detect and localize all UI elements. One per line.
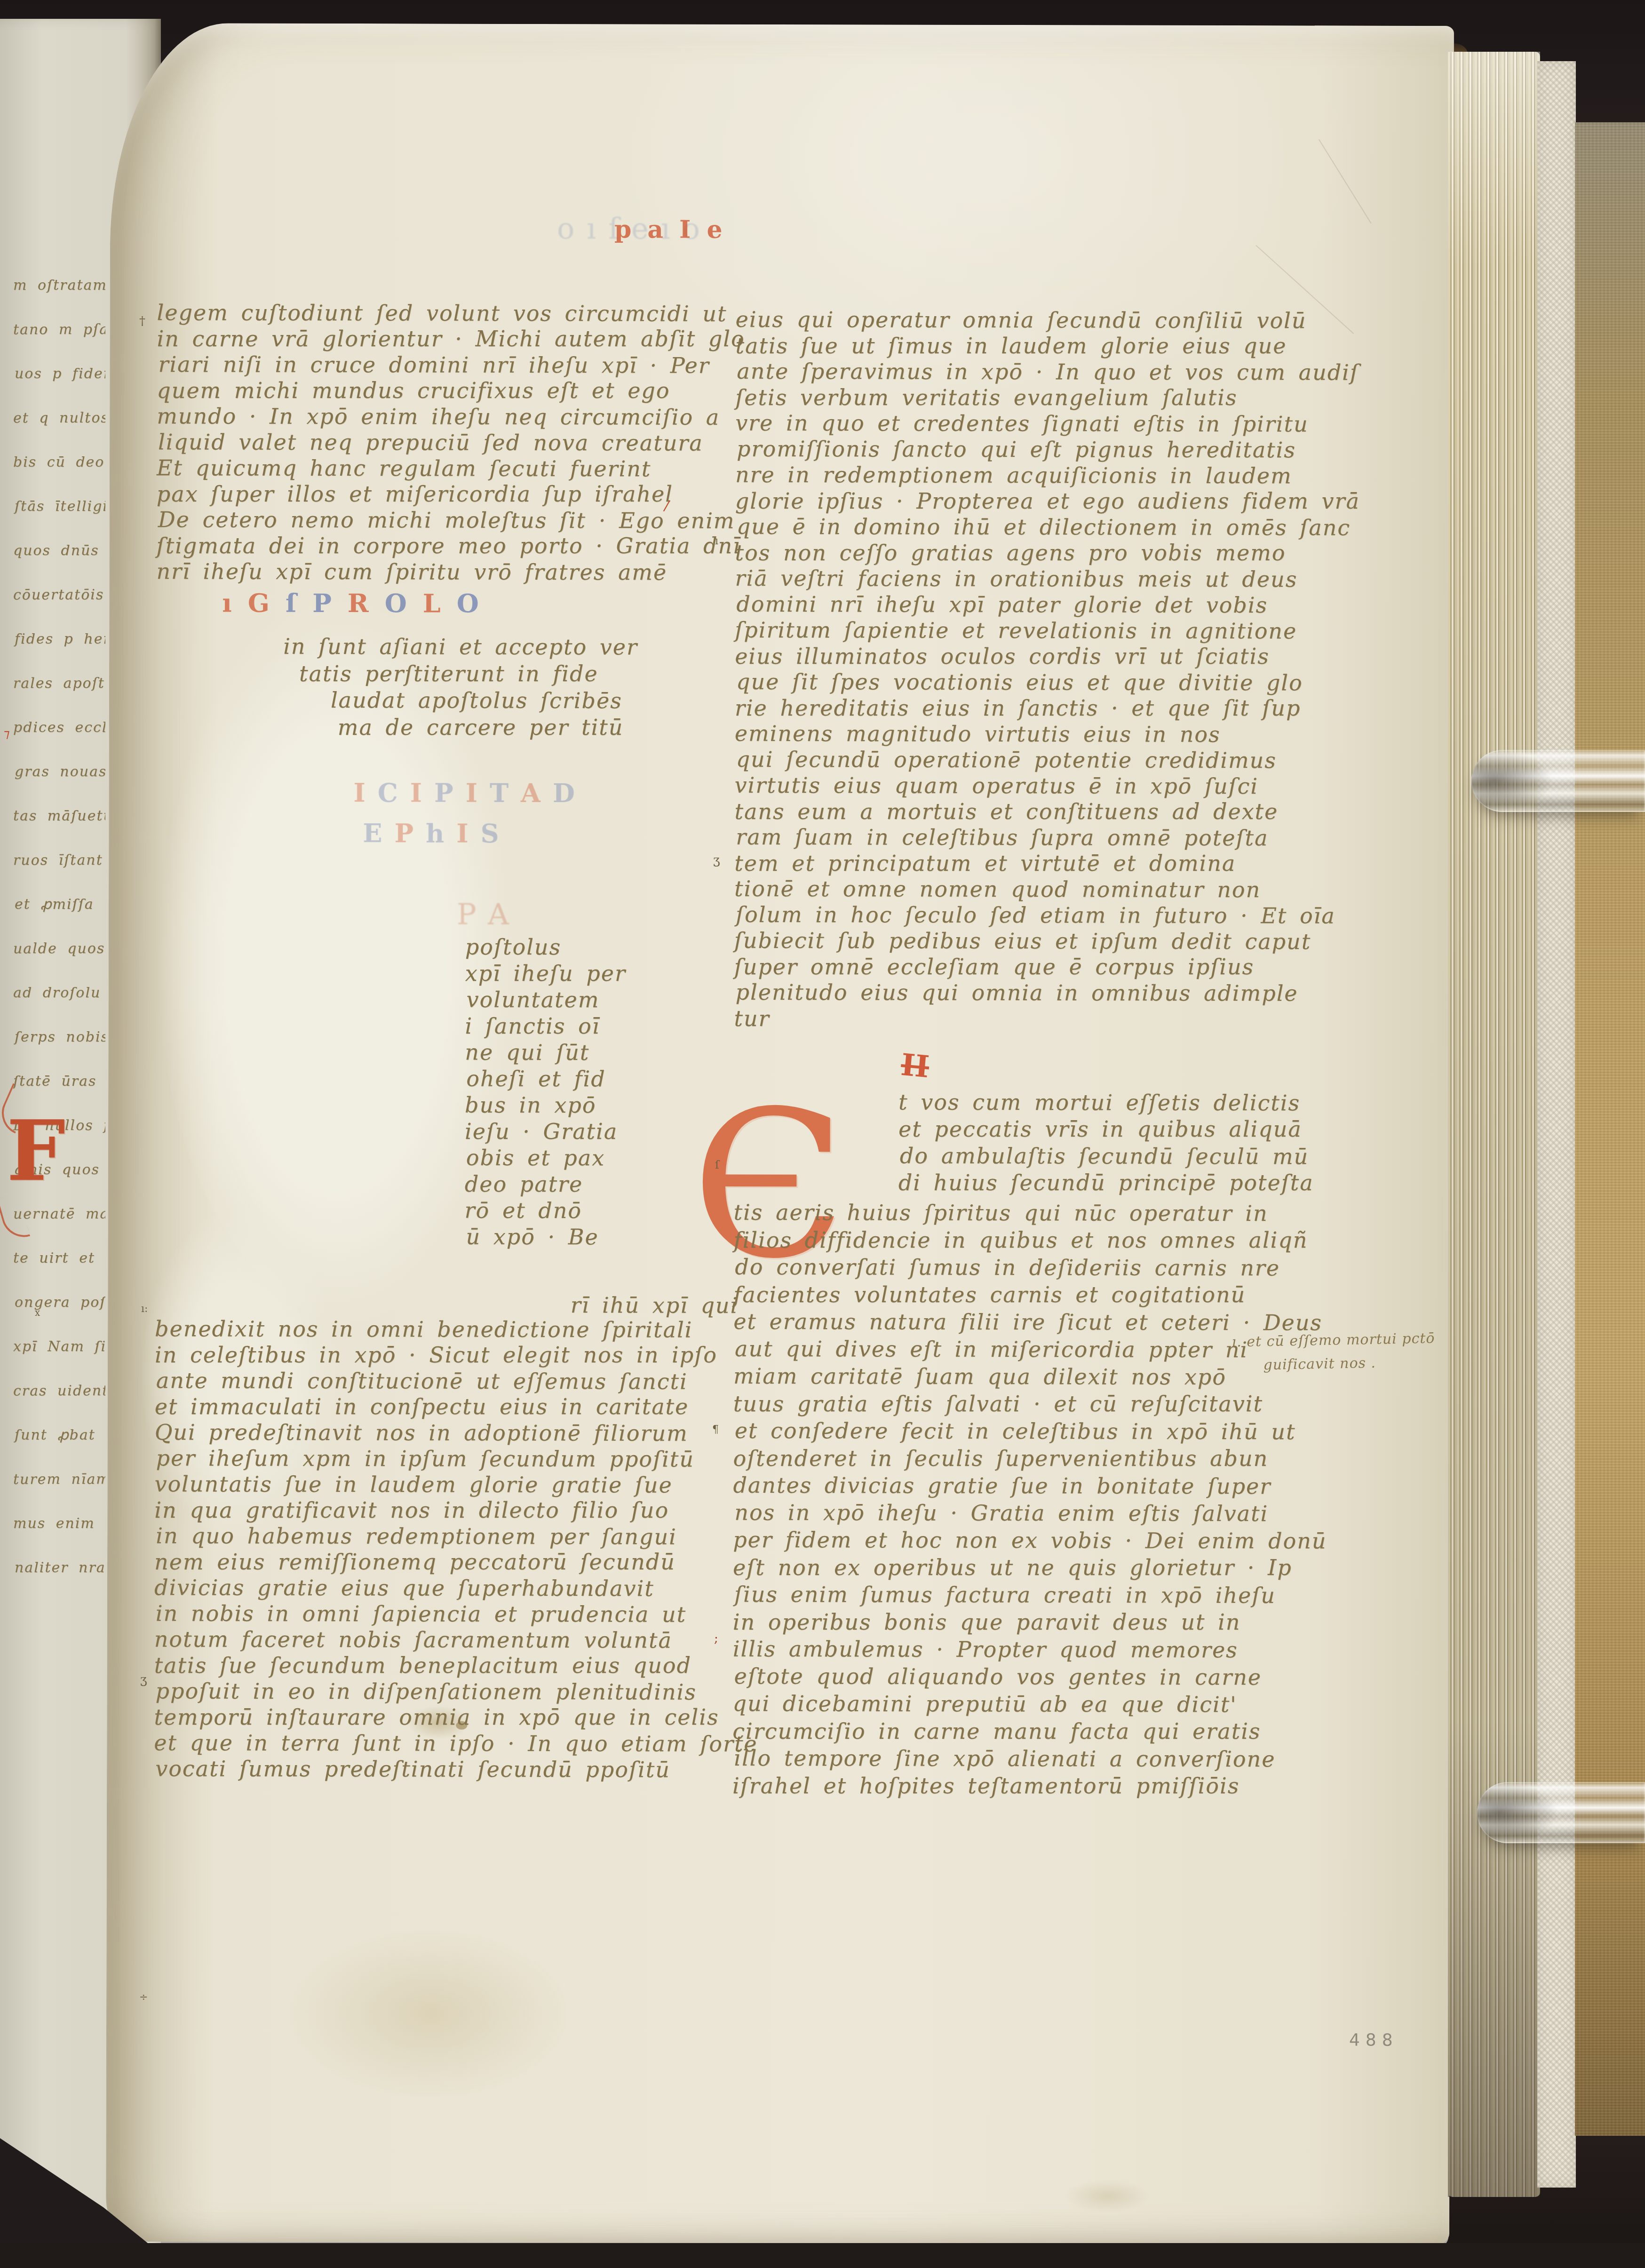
cradle-textile-band: [1537, 61, 1576, 2188]
rubric-letter: I: [410, 772, 422, 813]
rubric-letter: a: [647, 215, 663, 244]
strip-fragment: m oſtratam: [13, 263, 105, 308]
text-line: et immaculati in conſpectu eius in carit…: [155, 1394, 686, 1420]
text-line: tem et principatum et virtutē et domina: [734, 851, 1294, 876]
text-line: mundo · In xpō enim iheſu neq circumciſi…: [157, 403, 688, 430]
text-line: ſetis verbum veritatis evangelium ſaluti…: [735, 385, 1295, 411]
text-line: laudat apoſtolus ſcribēs: [331, 687, 689, 715]
strip-fragment: quos dnūs: [13, 529, 105, 573]
strip-fragment: ruos īſtant: [13, 838, 105, 883]
margin-mark: x: [35, 1307, 40, 1318]
text-line: temporū inſtaurare omnia in xpō que in c…: [154, 1704, 685, 1730]
text-line: tur: [734, 1006, 1294, 1032]
previous-folio-text: m oſtratamtano m pſaluos p fidemet q nul…: [13, 263, 105, 1590]
rubric-letter: e: [707, 215, 722, 244]
margin-mark: ı: [715, 535, 718, 547]
text-line: filios diffidencie in quibus et nos omne…: [734, 1226, 1294, 1254]
text-line: ram ſuam in celeſtibus ſupra omnē poteſt…: [736, 824, 1295, 851]
margin-mark: ¶: [712, 1424, 719, 1435]
chapter-numeral-II: II: [899, 1047, 930, 1085]
text-line: voluntatem: [467, 987, 636, 1013]
text-line: ma de carcere per titū: [338, 714, 688, 741]
text-line: nrī iheſu xpī cum ſpiritu vrō fratres am…: [156, 558, 688, 585]
text-line: Qui predeſtinavit nos in adoptionē filio…: [155, 1419, 686, 1446]
faded-rubric-line1: ICIPITAD: [353, 772, 587, 814]
left-column-ephesians-opening: poſtolusxpī iheſu pervoluntatemi ſanctis…: [464, 934, 634, 1250]
text-line: in carne vrā glorientur · Michi autem ab…: [157, 326, 689, 352]
strip-fragment: ſunt ꝓbat: [15, 1413, 105, 1457]
strip-fragment: pdices eccl: [13, 706, 105, 750]
text-line: in celeſtibus in xpō · Sicut elegit nos …: [155, 1342, 686, 1368]
strip-fragment: cras uident: [13, 1369, 105, 1413]
text-line: que ē in domino ihū et dilectionem in om…: [737, 514, 1296, 541]
text-line: per iheſum xpm in ipſum ſecundum ppoſitū: [156, 1445, 687, 1472]
text-line: tuus gratia eſtis ſalvati · et cū reſuſc…: [733, 1390, 1293, 1417]
margin-mark: †: [139, 314, 145, 328]
text-line: in operibus bonis que paravit deus ut in: [733, 1608, 1293, 1636]
rubric-letter: ſ: [286, 588, 300, 618]
rubric-letter: R: [348, 588, 373, 618]
rubric-letter: P: [312, 588, 335, 618]
text-line: qui dicebamini preputiū ab ea que dicit': [732, 1690, 1292, 1718]
text-line: vre in quo et credentes ſignati eſtis in…: [735, 410, 1295, 437]
text-line: facientes voluntates carnis et cogitatio…: [733, 1281, 1293, 1308]
text-line: tos non ceſſo gratias agens pro vobis me…: [735, 540, 1295, 566]
rubric-letter: G: [248, 588, 273, 618]
acrylic-page-weight-rod: [1477, 1782, 1645, 1843]
text-line: dantes divicias gratie ſue in bonitate ſ…: [733, 1472, 1293, 1500]
margin-mark: ;: [714, 1631, 718, 1646]
text-line: ſolum in hoc ſeculo ſed etiam in futuro …: [736, 902, 1295, 929]
strip-fragment: ongera poſtat: [15, 1281, 105, 1325]
text-line: ſius enim ſumus factura creati in xpō ih…: [734, 1581, 1294, 1609]
strip-fragment: cōuertatōis: [13, 573, 105, 617]
crease-line: [1319, 139, 1372, 223]
text-line: et peccatis vrīs in quibus aliquā: [898, 1116, 1294, 1143]
strip-fragment: et q nultos: [13, 396, 105, 440]
margin-mark: ⁊: [4, 727, 10, 741]
text-line: nre in redemptionem acquiſicionis in lau…: [735, 462, 1295, 489]
faded-initial-caps: PA: [457, 897, 523, 931]
text-line: riari niſi in cruce domini nrī iheſu xpī…: [158, 351, 690, 378]
strip-fragment: rales apoſtol: [13, 661, 105, 706]
right-column-part1: eius qui operatur omnia ſecundū conſiliū…: [734, 307, 1295, 1032]
strip-fragment: te uirt et tū: [13, 1236, 105, 1281]
strip-fragment: mus enim: [13, 1502, 105, 1546]
text-line: eſtote quod aliquando vos gentes in carn…: [734, 1663, 1294, 1691]
text-line: deo patre: [465, 1171, 634, 1197]
text-line: nos in xpō iheſu · Gratia enim eſtis ſal…: [734, 1499, 1294, 1527]
text-line: eius qui operatur omnia ſecundū conſiliū…: [736, 307, 1295, 334]
strip-fragment: gras nouas: [15, 750, 105, 794]
text-line: glorie ipſius · Propterea et ego audiens…: [735, 488, 1295, 514]
text-line: miam caritatē ſuam qua dilexit nos xpō: [733, 1362, 1293, 1391]
rubric-letter: S: [481, 813, 499, 854]
rubric-letter: A: [521, 773, 540, 813]
text-line: riā veſtri faciens in orationibus meis u…: [735, 565, 1295, 592]
explicit-incipit-rubric: ıGſPROLO: [222, 588, 495, 619]
text-line: De cetero nemo michi moleſtus ſit · Ego …: [158, 507, 690, 533]
text-line: ne qui ſūt: [465, 1039, 634, 1066]
left-column-ephesians: benedixit nos in omni benedictione ſpiri…: [154, 1316, 686, 1783]
text-line: aut qui dives eſt in miſericordia ppter …: [735, 1335, 1295, 1363]
text-line: rie hereditatis eius in ſanctis · et que…: [735, 695, 1295, 721]
right-column-part2: t vos cum mortui eſſetis delictiset pecc…: [898, 1089, 1294, 1197]
acrylic-page-weight-rod: [1471, 750, 1645, 812]
rubric-letter: C: [378, 772, 398, 813]
strip-fragment: ad droſolu: [13, 971, 105, 1015]
text-line: promiſſionis ſancto qui eſt pignus hered…: [737, 436, 1296, 463]
text-line: ieſu · Gratia: [465, 1118, 634, 1145]
folio-number: 488: [1349, 2031, 1399, 2050]
margin-mark: ÷: [139, 1992, 148, 2004]
rubric-letter: O: [457, 589, 483, 619]
text-line: tatis perſtiterunt in fide: [299, 661, 688, 687]
text-line: eius illuminatos oculos cordis vrī ut ſc…: [735, 644, 1295, 669]
text-line: tans eum a mortuis et conſtituens ad dex…: [734, 799, 1294, 825]
text-line: tatis ſue ſecundum beneplacitum eius quo…: [154, 1653, 686, 1679]
text-line: i ſanctis oī: [465, 1013, 634, 1039]
text-line: tatis ſue ut ſimus in laudem glorie eius…: [736, 333, 1295, 359]
text-line: eminens magnitudo virtutis eius in nos: [735, 721, 1295, 748]
left-column-prologue: in ſunt aſiani et accepto vertatis perſt…: [283, 633, 688, 741]
text-line: tionē et omne nomen quod nominatur non: [734, 876, 1294, 903]
text-line: ſuper omnē eccleſiam que ē corpus ipſius: [734, 954, 1294, 980]
rubric-letter: L: [423, 588, 445, 618]
strip-fragment: fides p her: [15, 617, 105, 661]
text-line: ſubiecit ſub pedibus eius et ipſum dedit…: [734, 928, 1294, 955]
text-line: in quo habemus redemptionem per ſangui: [156, 1523, 687, 1550]
text-line: notum faceret nobis ſacramentum voluntā: [154, 1626, 686, 1653]
text-line: et eramus natura filii ire ſicut et cete…: [733, 1308, 1293, 1336]
text-line: t vos cum mortui eſſetis delictis: [898, 1089, 1294, 1117]
strip-fragment: ualde quos: [13, 927, 105, 971]
margin-mark: ʒ: [713, 853, 720, 867]
rubric-letter: E: [363, 813, 382, 853]
text-line: in qua gratificavit nos in dilecto filio…: [154, 1497, 686, 1523]
text-line: ſpiritum ſapientie et revelationis in ag…: [735, 617, 1295, 644]
text-line: virtutis eius quam operatus ē in xpō ſuſ…: [734, 772, 1294, 799]
rubric-letter: ı: [222, 588, 236, 618]
text-line: nem eius remiſſionemq peccatorū ſecundū: [154, 1549, 686, 1575]
text-line: illo tempore ſine xpō alienati a converſ…: [734, 1744, 1294, 1773]
text-line: Et quicumq hanc regulam ſecuti fuerint: [157, 455, 688, 482]
strip-fragment: xpī Nam ſi qs: [13, 1325, 105, 1369]
strip-fragment: tano m pſal: [13, 308, 105, 352]
text-line: do converſati ſumus in deſideriis carnis…: [735, 1253, 1295, 1281]
text-line: quem michi mundus crucifixus eſt et ego: [157, 378, 688, 404]
strip-fragment: tas māſuetu: [13, 794, 105, 838]
strip-fragment: ſerps nobis: [15, 1015, 105, 1059]
text-line: rō et dnō: [465, 1197, 634, 1224]
text-line: oheſi et fid: [466, 1066, 636, 1092]
text-line: bus in xpō: [465, 1092, 634, 1119]
text-line: di huius ſecundū principē poteſta: [898, 1170, 1294, 1196]
strip-fragment: naliter nram: [15, 1546, 105, 1590]
marginal-gloss-line: ı. et cū eſſemo mortui pctō: [1232, 1327, 1435, 1354]
text-line: que ſit ſpes vocationis eius et que divi…: [736, 669, 1296, 696]
text-line: liquid valet neq prepuciū ſed nova creat…: [158, 429, 690, 456]
text-line: pax ſuper illos et miſericordia ſup iſra…: [157, 481, 688, 507]
stain: [290, 1929, 572, 2099]
text-line: in nobis in omni ſapiencia et prudencia …: [156, 1600, 687, 1627]
strip-fragment: ſtās ītelligi: [15, 485, 105, 529]
rubric-letter: h: [426, 813, 444, 853]
text-line: ante ſperavimus in xpō · In quo et vos c…: [737, 358, 1296, 385]
right-column-part3: tis aeris huius ſpiritus qui nūc operatu…: [732, 1199, 1294, 1800]
text-line: eſt non ex operibus ut ne quis glorietur…: [733, 1554, 1293, 1581]
manuscript-page: oıſeıo paIe legem cuſtodiunt ſed volunt …: [106, 23, 1454, 2244]
rubric-letter: I: [466, 773, 477, 813]
rubric-letter: p: [614, 215, 631, 244]
text-line: ſtigmata dei in corpore meo porto · Grat…: [157, 533, 688, 559]
text-line: ū xpō · Be: [466, 1224, 635, 1250]
text-line: plenitudo eius qui omnia in omnibus adim…: [736, 979, 1295, 1006]
marginal-gloss: ı. et cū eſſemo mortui pctō guificavit n…: [1232, 1327, 1436, 1377]
rubric-letter: I: [353, 772, 365, 813]
text-line: legem cuſtodiunt ſed volunt vos circumci…: [157, 300, 689, 326]
rubric-letter: O: [385, 588, 411, 618]
marginal-gloss-line: guificavit nos .: [1263, 1350, 1436, 1377]
strip-fragment: turem nīam: [13, 1457, 105, 1502]
text-line: et conſedere fecit in celeſtibus in xpō …: [735, 1417, 1295, 1445]
text-line: ante mundi conſtitucionē ut eſſemus ſanc…: [156, 1368, 688, 1394]
text-line: per fidem et hoc non ex vobis · Dei enim…: [733, 1526, 1293, 1554]
rubric-letter: I: [456, 813, 468, 854]
faded-rubric-line2: EPhIS: [363, 813, 511, 854]
text-line: domini nrī iheſu xpī pater glorie det vo…: [736, 591, 1296, 618]
text-line: qui ſecundū operationē potentie credidim…: [736, 747, 1296, 773]
margin-mark: ſ: [715, 1158, 719, 1171]
page-stack-fore-edge: [1448, 52, 1540, 2197]
text-line: benedixit nos in omni benedictione ſpiri…: [155, 1316, 686, 1343]
text-line: et que in terra ſunt in ipſo · In quo et…: [154, 1730, 685, 1757]
margin-mark: ʒ: [140, 1673, 147, 1687]
text-line: circumciſio in carne manu facta qui erat…: [732, 1718, 1292, 1745]
rubric-letter: P: [394, 813, 413, 853]
text-line: vocati ſumus predeſtinati ſecundū ppoſit…: [155, 1756, 687, 1783]
text-line: oſtenderet in ſeculis ſupervenientibus a…: [733, 1445, 1293, 1472]
left-column-galatians: legem cuſtodiunt ſed volunt vos circumci…: [156, 300, 688, 585]
strip-fragment: bis cū deo: [13, 440, 105, 485]
text-line: obis et pax: [466, 1145, 636, 1171]
text-line: xpī iheſu per: [465, 960, 635, 987]
text-line: in ſunt aſiani et accepto ver: [283, 633, 688, 661]
margin-mark: ı:: [141, 1303, 148, 1315]
text-line: ppoſuit in eo in diſpenſationem plenitud…: [155, 1678, 687, 1705]
manuscript-photo: m oſtratamtano m pſaluos p fidemet q nul…: [0, 0, 1645, 2268]
text-line: poſtolus: [465, 934, 635, 961]
text-line: tis aeris huius ſpiritus qui nūc operatu…: [734, 1199, 1294, 1227]
rubric-letter: I: [679, 215, 691, 244]
text-line: voluntatis ſue in laudem glorie gratie ſ…: [154, 1471, 686, 1498]
running-title: paIe: [614, 215, 739, 244]
rubric-letter: T: [490, 773, 509, 813]
background-bottom: [0, 2243, 1645, 2268]
text-line: do ambulaſtis ſecundū ſeculū mū: [900, 1143, 1295, 1170]
strip-fragment: uos p fidem: [15, 352, 105, 396]
stain: [1065, 2180, 1150, 2212]
text-line: divicias gratie eius que ſuperhabundavit: [154, 1575, 686, 1601]
text-line: illis ambulemus · Propter quod memores: [733, 1635, 1293, 1663]
strip-fragment: et ꝓmiſſa: [15, 883, 105, 927]
rubric-letter: D: [553, 773, 575, 813]
rubric-letter: P: [434, 772, 453, 813]
text-line: iſrahel et hoſpites teſtamentorū pmiſſiō…: [732, 1772, 1292, 1799]
